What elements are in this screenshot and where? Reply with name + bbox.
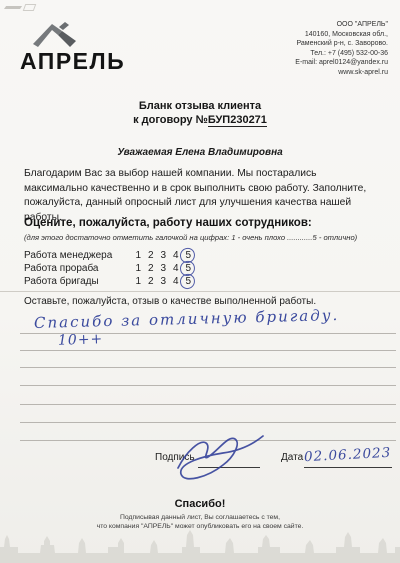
rating-option-5-selected: 5 <box>182 250 195 261</box>
scan-artifact <box>2 6 22 12</box>
ruled-line <box>20 404 396 405</box>
moscow-skyline-watermark-icon <box>0 521 400 563</box>
rating-label: Работа менеджера <box>24 250 132 261</box>
ruled-line <box>20 385 396 386</box>
feedback-prompt: Оставьте, пожалуйста, отзыв о качестве в… <box>24 296 316 307</box>
greeting-line: Уважаемая Елена Владимировна <box>0 147 400 158</box>
ruled-line <box>20 367 396 368</box>
ruled-line <box>20 333 396 334</box>
section-divider <box>0 291 400 292</box>
rating-option-1: 1 <box>132 263 145 274</box>
company-website: www.sk-aprel.ru <box>295 68 388 78</box>
logo-text: АПРЕЛЬ <box>20 48 125 75</box>
rating-option-2: 2 <box>145 276 158 287</box>
rating-option-3: 3 <box>157 250 170 261</box>
scan-artifact <box>23 4 37 11</box>
roof-icon <box>32 18 84 50</box>
scanned-feedback-form: АПРЕЛЬ ООО "АПРЕЛЬ" 140160, Московская о… <box>0 0 400 563</box>
rating-option-2: 2 <box>145 250 158 261</box>
form-title-line2: к договору №БУП230271 <box>0 114 400 128</box>
contract-number: БУП230271 <box>208 114 267 128</box>
handwritten-signature <box>168 430 278 488</box>
rating-label: Работа прораба <box>24 263 132 274</box>
form-title: Бланк отзыва клиента к договору №БУП2302… <box>0 100 400 127</box>
rating-option-2: 2 <box>145 263 158 274</box>
rating-row-foreman: Работа прораба12345 <box>24 263 195 276</box>
ratings-heading: Оцените, пожалуйста, работу наших сотруд… <box>24 217 312 229</box>
ruled-line <box>20 422 396 423</box>
rating-row-crew: Работа бригады12345 <box>24 276 195 289</box>
rating-option-1: 1 <box>132 276 145 287</box>
company-email: E-mail: aprel0124@yandex.ru <box>295 58 388 68</box>
date-underline <box>304 467 392 468</box>
date-label: Дата <box>281 452 303 463</box>
ratings-note: (для этого достаточно отметить галочкой … <box>24 233 357 242</box>
company-name: ООО "АПРЕЛЬ" <box>295 20 388 30</box>
thanks-heading: Спасибо! <box>0 498 400 510</box>
rating-option-5-selected: 5 <box>182 276 195 287</box>
company-info-block: ООО "АПРЕЛЬ" 140160, Московская обл., Ра… <box>295 20 388 78</box>
rating-option-3: 3 <box>157 276 170 287</box>
rating-option-3: 3 <box>157 263 170 274</box>
rating-option-5-selected: 5 <box>182 263 195 274</box>
company-address-line: Раменский р-н, с. Заворово. <box>295 39 388 49</box>
form-title-line1: Бланк отзыва клиента <box>0 100 400 114</box>
company-address-line: 140160, Московская обл., <box>295 30 388 40</box>
handwritten-date: 02.06.2023 <box>304 445 392 466</box>
rating-option-1: 1 <box>132 250 145 261</box>
handwritten-comment-line1: Спасибо за отличную бригаду. <box>34 306 340 332</box>
rating-label: Работа бригады <box>24 276 132 287</box>
company-phone: Тел.: +7 (495) 532-00-36 <box>295 49 388 59</box>
pen-circle-mark <box>179 273 197 291</box>
ruled-line <box>20 350 396 351</box>
rating-row-manager: Работа менеджера12345 <box>24 250 195 263</box>
